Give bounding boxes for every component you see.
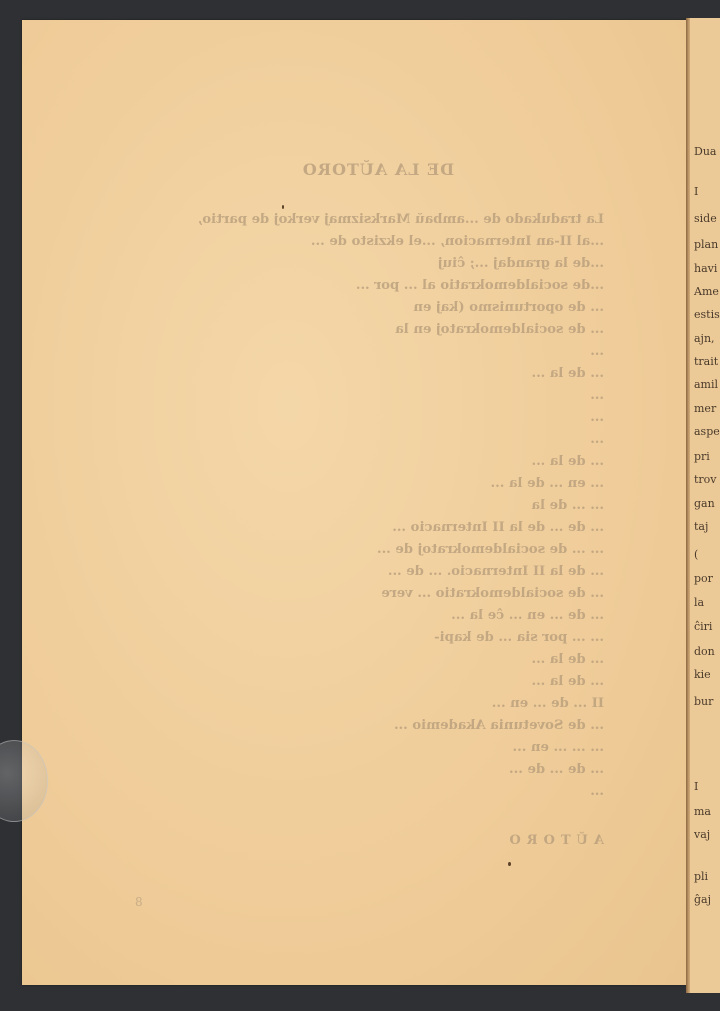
text-line: ... de la II Internacio. ... de ... bbox=[152, 561, 604, 583]
facing-text-line: por bbox=[694, 572, 713, 585]
text-line: ... de la ... bbox=[152, 649, 604, 671]
text-line: ... ... de la bbox=[152, 495, 604, 517]
speck bbox=[508, 862, 511, 866]
text-line: ... de socialdemokratoj en la bbox=[152, 319, 604, 341]
text-line: ... bbox=[152, 341, 604, 363]
facing-text-line: plan bbox=[694, 238, 718, 251]
facing-text-line: I bbox=[694, 780, 698, 793]
facing-text-line: Ame bbox=[694, 285, 719, 298]
facing-text-line: ( bbox=[694, 548, 698, 561]
text-line: ... de ... en ... ĉe la ... bbox=[152, 605, 604, 627]
page-title: DE LA AŬTORO bbox=[152, 160, 604, 179]
facing-text-line: vaj bbox=[694, 828, 710, 841]
bleed-through-text: DE LA AŬTORO La tradukado de ...ambaŭ Ma… bbox=[152, 160, 604, 848]
text-line: ... ... por sia ... de kapi- bbox=[152, 627, 604, 649]
text-line: ... de ... de la II Internacio ... bbox=[152, 517, 604, 539]
facing-text-line: amil bbox=[694, 378, 718, 391]
facing-text-line: pri bbox=[694, 450, 710, 463]
facing-text-line: ma bbox=[694, 805, 711, 818]
text-line: II ... de ... en ... bbox=[152, 693, 604, 715]
facing-text-line: Dua bbox=[694, 145, 716, 158]
facing-text-line: aspe bbox=[694, 425, 720, 438]
facing-page: DuaIsideplanhaviAmeestisajn,traitamilmer… bbox=[690, 18, 720, 993]
text-line: ... bbox=[152, 385, 604, 407]
facing-text-line: don bbox=[694, 645, 715, 658]
text-line: ... de la ... bbox=[152, 451, 604, 473]
facing-text-line: la bbox=[694, 596, 704, 609]
text-line: ...al II-an Internacion, ...el ekzisto d… bbox=[152, 231, 604, 253]
facing-text-line: ĝaj bbox=[694, 893, 711, 906]
text-line: ... bbox=[152, 429, 604, 451]
facing-text-line: mer bbox=[694, 402, 716, 415]
facing-text-line: bur bbox=[694, 695, 713, 708]
facing-text-line: ĉiri bbox=[694, 620, 712, 633]
facing-text-line: trait bbox=[694, 355, 718, 368]
signature: AŬTORO bbox=[152, 833, 604, 848]
text-line: ... ... ... en ... bbox=[152, 737, 604, 759]
text-line: ... en ... de la ... bbox=[152, 473, 604, 495]
facing-text-line: havi bbox=[694, 262, 717, 275]
facing-text-line: I bbox=[694, 185, 698, 198]
facing-text-line: gan bbox=[694, 497, 715, 510]
text-line: ... de Sovetunia Akademio ... bbox=[152, 715, 604, 737]
body-text: La tradukado de ...ambaŭ Marksizmaj verk… bbox=[152, 209, 604, 803]
page-number: 8 bbox=[135, 895, 143, 909]
text-line: ... de oportunismo (kaj en bbox=[152, 297, 604, 319]
facing-text-line: side bbox=[694, 212, 717, 225]
text-line: ... de la ... bbox=[152, 671, 604, 693]
text-line: ... bbox=[152, 407, 604, 429]
facing-text-line: pli bbox=[694, 870, 708, 883]
text-line: ...de socialdemokratio al ... por ... bbox=[152, 275, 604, 297]
text-line: ... bbox=[152, 781, 604, 803]
book-page: DE LA AŬTORO La tradukado de ...ambaŭ Ma… bbox=[22, 20, 688, 985]
facing-text-line: kie bbox=[694, 668, 711, 681]
text-line: ... de la ... bbox=[152, 363, 604, 385]
facing-text-line: trov bbox=[694, 473, 717, 486]
facing-text-line: estis bbox=[694, 308, 720, 321]
text-line: ...de la grandaj ...; ĉiuj bbox=[152, 253, 604, 275]
text-line: La tradukado de ...ambaŭ Marksizmaj verk… bbox=[152, 209, 604, 231]
text-line: ... de socialdemokratio ... vere bbox=[152, 583, 604, 605]
facing-text-line: ajn, bbox=[694, 332, 715, 345]
facing-text-line: taj bbox=[694, 520, 708, 533]
speck bbox=[282, 205, 284, 209]
text-line: ... de ... de ... bbox=[152, 759, 604, 781]
text-line: ... ... de socialdemokratoj de ... bbox=[152, 539, 604, 561]
